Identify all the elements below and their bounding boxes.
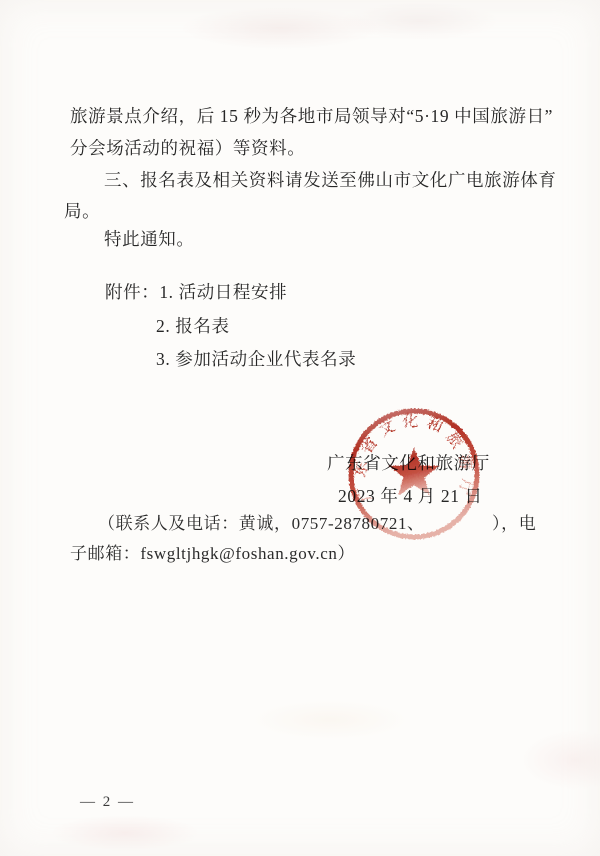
scan-smudge xyxy=(520,730,600,790)
attachment-item-3: 3. 参加活动企业代表名录 xyxy=(156,349,356,370)
signature-date: 2023 年 4 月 21 日 xyxy=(338,486,483,507)
signature-org: 广东省文化和旅游厅 xyxy=(327,453,490,474)
scan-smudge xyxy=(340,2,500,40)
attachment-item-1: 1. 活动日程安排 xyxy=(159,282,287,302)
scanned-document-page: 旅游景点介绍，后 15 秒为各地市局领导对“5·19 中国旅游日” 分会场活动的… xyxy=(0,0,600,856)
attachments-label: 附件： xyxy=(105,282,159,302)
contact-line1-left: （联系人及电话：黄诚，0757-28780721、 xyxy=(98,514,425,534)
closing-note: 特此通知。 xyxy=(104,229,195,250)
body-paragraph1-line1: 旅游景点介绍，后 15 秒为各地市局领导对“5·19 中国旅游日” xyxy=(70,106,553,127)
attachment-item-2: 2. 报名表 xyxy=(156,316,230,337)
scan-smudge xyxy=(180,6,380,50)
scan-smudge xyxy=(50,815,200,851)
contact-line1-right: ），电 xyxy=(492,514,536,534)
page-number: — 2 — xyxy=(80,793,135,811)
body-paragraph2-line2: 局。 xyxy=(64,201,100,222)
body-paragraph1-line2: 分会场活动的祝福）等资料。 xyxy=(70,138,305,159)
body-paragraph2-line1: 三、报名表及相关资料请发送至佛山市文化广电旅游体育 xyxy=(104,170,557,191)
attachments-line-1: 附件：1. 活动日程安排 xyxy=(105,282,287,303)
contact-line2-email: 子邮箱：fswgltjhgk@foshan.gov.cn） xyxy=(70,544,355,564)
scan-smudge xyxy=(250,700,410,740)
